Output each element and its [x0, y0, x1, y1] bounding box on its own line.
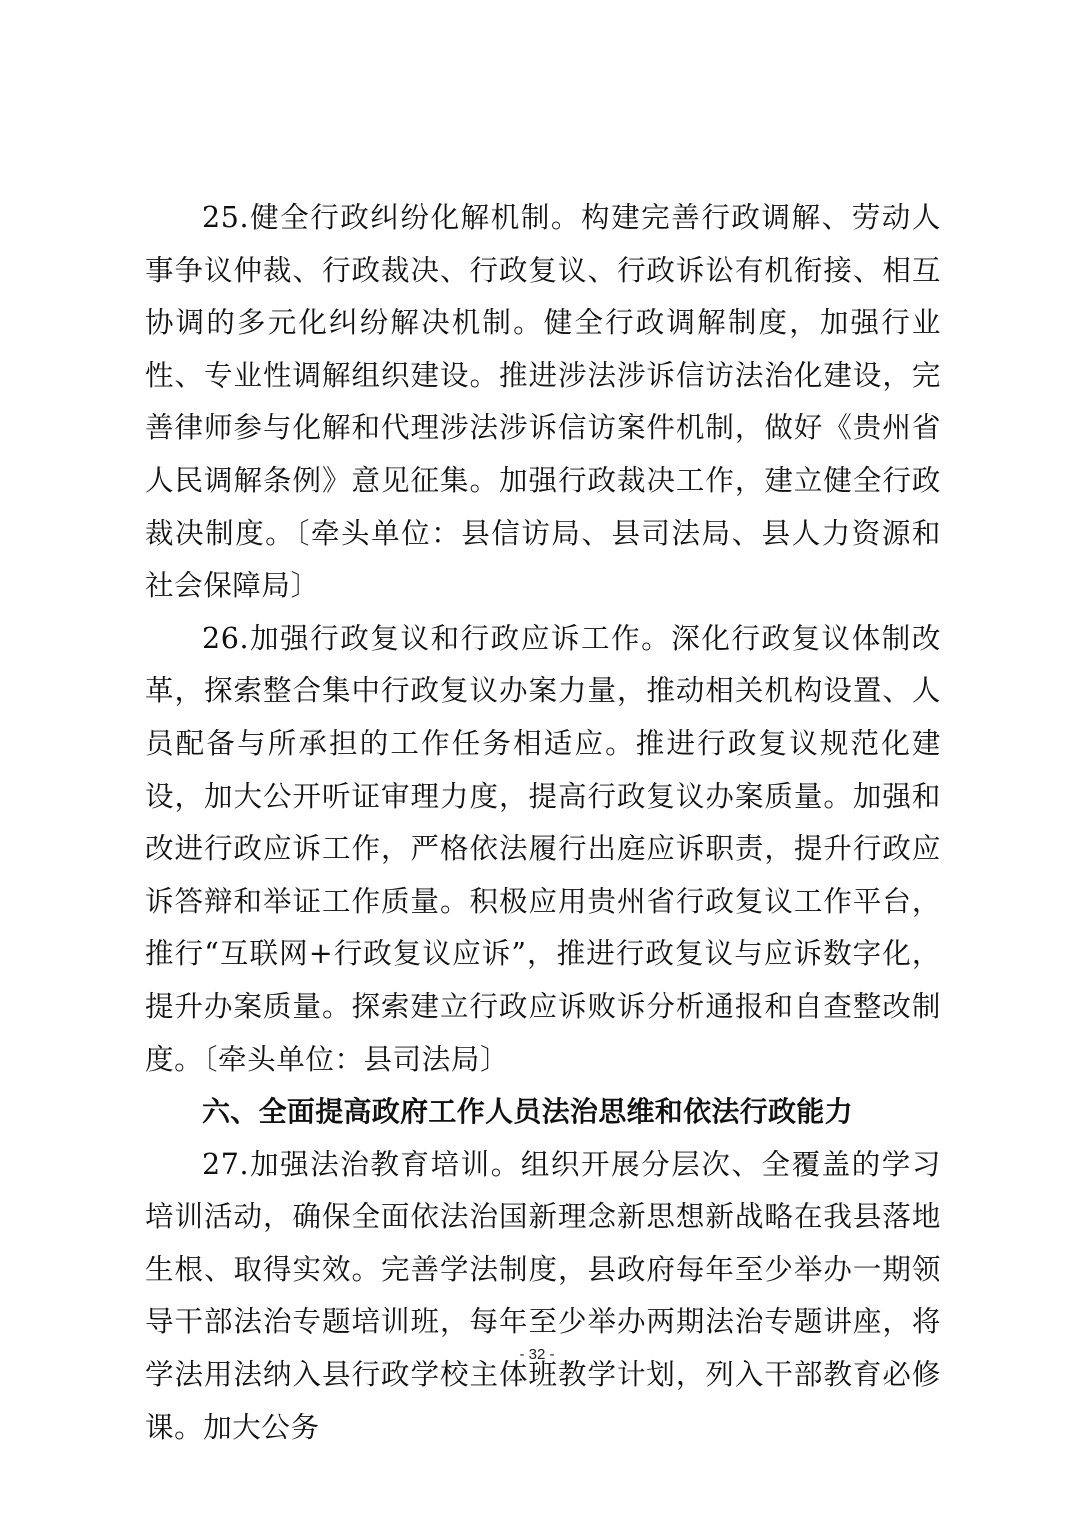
paragraph-item-27: 27.加强法治教育培训。组织开展分层次、全覆盖的学习培训活动，确保全面依法治国新… — [145, 1139, 941, 1455]
paragraph-item-25: 25.健全行政纠纷化解机制。构建完善行政调解、劳动人事争议仲裁、行政裁决、行政复… — [145, 192, 941, 613]
document-page: 25.健全行政纠纷化解机制。构建完善行政调解、劳动人事争议仲裁、行政裁决、行政复… — [145, 192, 941, 1454]
section-heading: 六、全面提高政府工作人员法治思维和依法行政能力 — [145, 1086, 941, 1139]
paragraph-item-26: 26.加强行政复议和行政应诉工作。深化行政复议体制改革，探索整合集中行政复议办案… — [145, 613, 941, 1086]
page-number: - 32 - — [0, 1346, 1074, 1363]
